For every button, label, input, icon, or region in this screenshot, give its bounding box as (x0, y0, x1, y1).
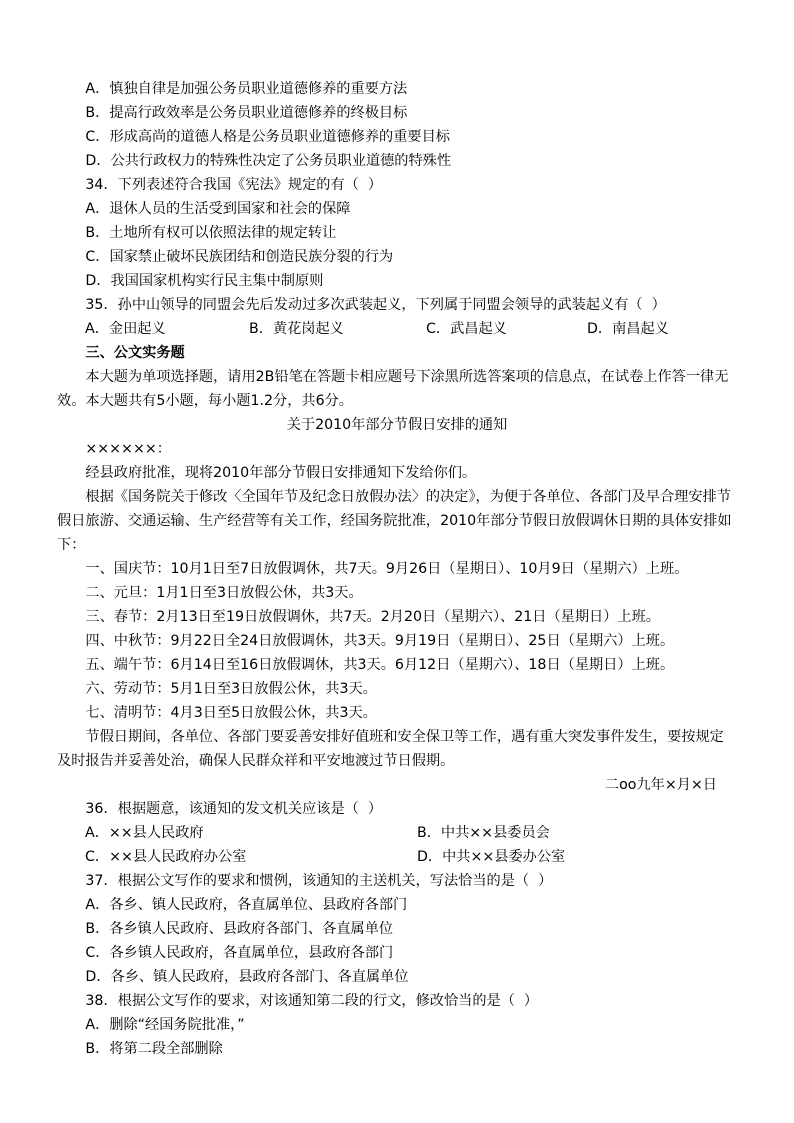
notice-item-6: 六、劳动节：5月1日至3日放假公休，共3天。 (57, 677, 737, 701)
q34-option-c: C．国家禁止破坏民族团结和创造民族分裂的行为 (57, 245, 737, 269)
q35-option-a: A．金田起义 (85, 317, 166, 341)
q35-stem: 35．孙中山领导的同盟会先后发动过多次武装起义，下列属于同盟会领导的武装起义有（… (57, 293, 737, 317)
notice-date: 二oo九年×月×日 (57, 773, 737, 797)
document-page: A．慎独自律是加强公务员职业道德修养的重要方法 B．提高行政效率是公务员职业道德… (0, 0, 794, 1123)
q34-stem: 34．下列表述符合我国《宪法》规定的有（ ） (57, 173, 737, 197)
notice-item-3: 三、春节：2月13日至19日放假调休，共7天。2月20日（星期六）、21日（星期… (57, 605, 737, 629)
q36-option-d: D．中共××县委办公室 (417, 845, 565, 869)
q34-option-b: B．土地所有权可以依照法律的规定转让 (57, 221, 737, 245)
q36-stem: 36．根据题意，该通知的发文机关应该是（ ） (57, 797, 737, 821)
notice-item-5: 五、端午节：6月14日至16日放假调休，共3天。6月12日（星期六）、18日（星… (57, 653, 737, 677)
q38-stem: 38．根据公文写作的要求，对该通知第二段的行文，修改恰当的是（ ） (57, 989, 737, 1013)
notice-paragraph-2: 根据《国务院关于修改〈全国年节及纪念日放假办法〉的决定》，为便于各单位、各部门及… (57, 485, 737, 557)
q36-options-row-1: A．××县人民政府 B．中共××县委员会 (57, 821, 737, 845)
notice-paragraph-1: 经县政府批准，现将2010年部分节假日安排通知下发给你们。 (57, 461, 737, 485)
q34-option-d: D．我国国家机构实行民主集中制原则 (57, 269, 737, 293)
notice-title: 关于2010年部分节假日安排的通知 (57, 413, 737, 437)
q35-option-b: B．黄花岗起义 (249, 317, 344, 341)
notice-item-4: 四、中秋节：9月22日全24日放假调休，共3天。9月19日（星期日）、25日（星… (57, 629, 737, 653)
q38-option-a: A．删除“经国务院批准，” (57, 1013, 737, 1037)
notice-item-1: 一、国庆节：10月1日至7日放假调休，共7天。9月26日（星期日）、10月9日（… (57, 557, 737, 581)
notice-salutation: ××××××： (57, 437, 737, 461)
notice-item-7: 七、清明节：4月3日至5日放假公休，共3天。 (57, 701, 737, 725)
notice-item-2: 二、元旦：1月1日至3日放假公休，共3天。 (57, 581, 737, 605)
q33-option-a: A．慎独自律是加强公务员职业道德修养的重要方法 (57, 77, 737, 101)
q34-option-a: A．退休人员的生活受到国家和社会的保障 (57, 197, 737, 221)
q36-option-a: A．××县人民政府 (85, 821, 204, 845)
q36-option-c: C．××县人民政府办公室 (85, 845, 246, 869)
q36-option-b: B．中共××县委员会 (417, 821, 550, 845)
q37-option-c: C．各乡镇人民政府，各直属单位，县政府各部门 (57, 941, 737, 965)
q33-option-d: D．公共行政权力的特殊性决定了公务员职业道德的特殊性 (57, 149, 737, 173)
q33-option-c: C．形成高尚的道德人格是公务员职业道德修养的重要目标 (57, 125, 737, 149)
q37-stem: 37．根据公文写作的要求和惯例，该通知的主送机关，写法恰当的是（ ） (57, 869, 737, 893)
q37-option-b: B．各乡镇人民政府、县政府各部门、各直属单位 (57, 917, 737, 941)
q35-options-row: A．金田起义 B．黄花岗起义 C．武昌起义 D．南昌起义 (57, 317, 737, 341)
q38-option-b: B．将第二段全部删除 (57, 1037, 737, 1061)
q37-option-d: D．各乡、镇人民政府，县政府各部门、各直属单位 (57, 965, 737, 989)
q36-options-row-2: C．××县人民政府办公室 D．中共××县委办公室 (57, 845, 737, 869)
section-heading: 三、公文实务题 (57, 341, 737, 365)
q35-option-d: D．南昌起义 (587, 317, 669, 341)
q35-option-c: C．武昌起义 (426, 317, 507, 341)
notice-closing-paragraph: 节假日期间，各单位、各部门要妥善安排好值班和安全保卫等工作，遇有重大突发事件发生… (57, 725, 737, 773)
q33-option-b: B．提高行政效率是公务员职业道德修养的终极目标 (57, 101, 737, 125)
section-instructions: 本大题为单项选择题，请用2B铅笔在答题卡相应题号下涂黑所选答案项的信息点，在试卷… (57, 365, 737, 413)
q37-option-a: A．各乡、镇人民政府，各直属单位、县政府各部门 (57, 893, 737, 917)
